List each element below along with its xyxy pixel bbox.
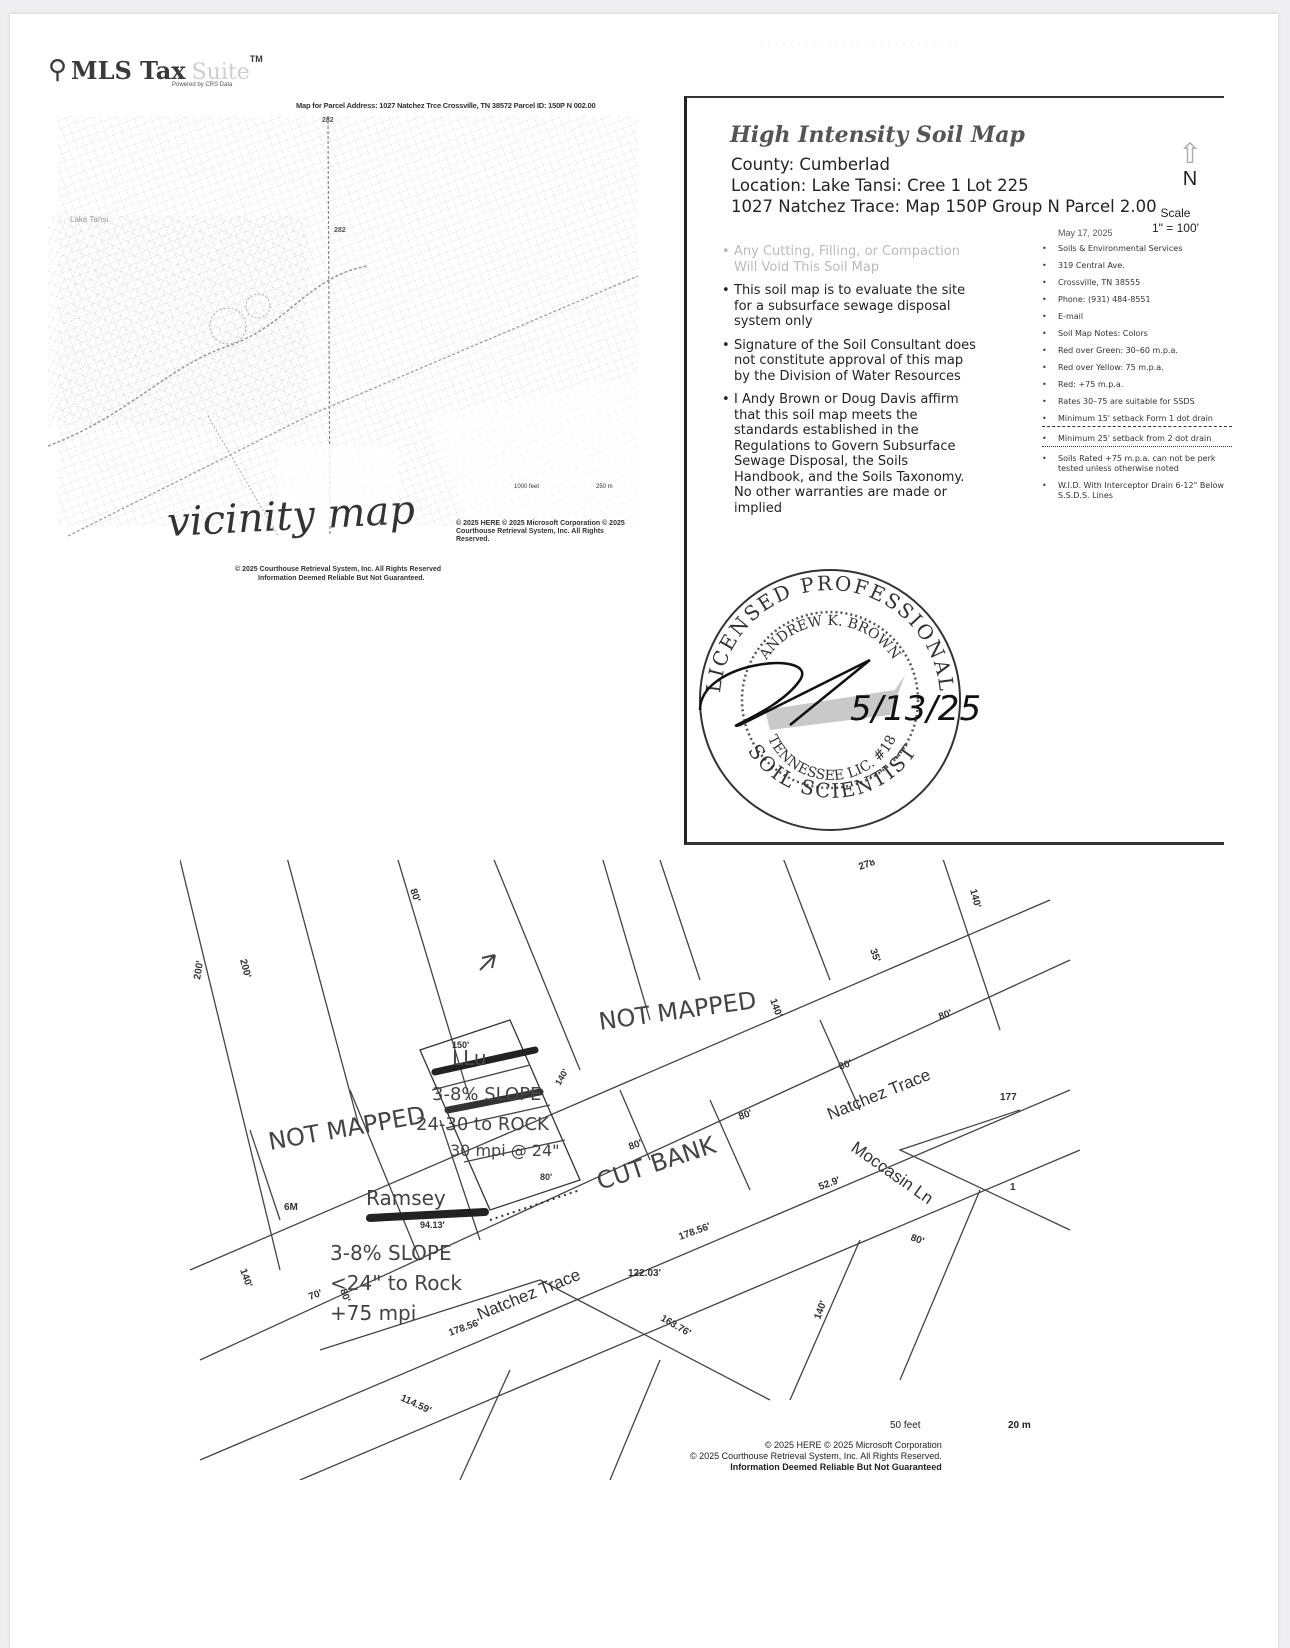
- handwritten-mpi-bottom: +75 mpi: [330, 1301, 416, 1325]
- plat-scale-meters: 20 m: [1008, 1420, 1031, 1431]
- handwritten-cut-bank: CUT BANK: [593, 1131, 720, 1196]
- note-item: This soil map is to evaluate the site fo…: [722, 283, 977, 330]
- svg-text:282: 282: [322, 117, 334, 124]
- svg-text:80': 80': [540, 1172, 552, 1182]
- lake-label: Lake Tansi: [70, 215, 108, 224]
- svg-text:35': 35': [867, 947, 882, 963]
- arrow-mark: [480, 955, 495, 970]
- svg-text:122.03': 122.03': [628, 1268, 661, 1279]
- handwritten-not-mapped-left: NOT MAPPED: [266, 1101, 427, 1156]
- handwritten-soil-top: LLu: [452, 1046, 487, 1070]
- svg-text:140': 140': [237, 1267, 254, 1289]
- svg-text:ANDREW K. BROWN: ANDREW K. BROWN: [756, 613, 903, 663]
- location-line: Location: Lake Tansi: Cree 1 Lot 225: [731, 176, 1029, 195]
- svg-text:282: 282: [334, 227, 346, 234]
- handwritten-mpi-top: 30 mpi @ 24": [450, 1141, 560, 1160]
- vicinity-map: Lake Tansi 282 282 1000 feet 250 m vicin…: [48, 116, 648, 556]
- note-item: I Andy Brown or Doug Davis affirm that t…: [722, 392, 977, 516]
- svg-text:200': 200': [237, 958, 253, 979]
- svg-text:140': 140': [812, 1299, 829, 1321]
- handwritten-not-mapped-right: NOT MAPPED: [597, 986, 758, 1036]
- logo-powered-by: Powered by CRS Data: [172, 82, 232, 88]
- signature-date: 5/13/25: [850, 689, 980, 729]
- svg-text:250 m: 250 m: [596, 484, 613, 490]
- contact-and-legend-list: Soils & Environmental Services 319 Centr…: [1042, 244, 1232, 508]
- svg-text:200': 200': [192, 960, 206, 981]
- faint-header-text: · · · · · · · · · · · · · · · · · · · · …: [760, 38, 959, 48]
- north-arrow-icon: ⇧: [1170, 140, 1210, 168]
- lot-code: 6M: [284, 1202, 298, 1213]
- soil-map-notes: Any Cutting, Filling, or Compaction Will…: [722, 244, 977, 524]
- svg-text:278: 278: [857, 860, 877, 873]
- svg-text:178.56': 178.56': [447, 1317, 482, 1339]
- svg-text:1: 1: [1010, 1182, 1016, 1193]
- svg-text:80': 80': [937, 1008, 953, 1023]
- vicinity-footer-1: © 2025 Courthouse Retrieval System, Inc.…: [235, 566, 441, 574]
- svg-text:1000 feet: 1000 feet: [514, 484, 539, 490]
- svg-text:80': 80': [737, 1108, 753, 1123]
- svg-text:LICENSED PROFESSIONAL: LICENSED PROFESSIONAL: [701, 571, 959, 694]
- note-item: Signature of the Soil Consultant does no…: [722, 338, 977, 385]
- handwritten-rock-top: 24-30 to ROCK: [416, 1114, 550, 1135]
- parcel-caption: Map for Parcel Address: 1027 Natchez Trc…: [296, 101, 595, 110]
- svg-text:178.56': 178.56': [677, 1221, 712, 1243]
- map-date: May 17, 2025: [1058, 228, 1113, 238]
- street-label-moccasin-ln: Moccasin Ln: [848, 1138, 937, 1208]
- lot-plat-map: 200' 80' 140' 200' 278 35' 140' 140' 80'…: [180, 860, 1080, 1480]
- handwritten-rock-bottom: <24" to Rock: [330, 1271, 462, 1295]
- svg-text:140': 140': [767, 997, 784, 1019]
- scale-indicator: Scale 1" = 100': [1152, 206, 1199, 236]
- svg-text:70': 70': [307, 1288, 323, 1303]
- svg-text:94.13': 94.13': [420, 1220, 445, 1230]
- address-line: 1027 Natchez Trace: Map 150P Group N Par…: [731, 197, 1157, 216]
- north-indicator: ⇧ N: [1170, 140, 1210, 191]
- key-icon: ⚲: [48, 54, 67, 85]
- mls-tax-logo: ⚲ MLS Tax Suite TM: [48, 54, 263, 85]
- svg-text:140': 140': [553, 1067, 570, 1087]
- svg-text:80': 80': [909, 1232, 925, 1247]
- county-line: County: Cumberlad: [731, 155, 890, 174]
- svg-text:140': 140': [967, 888, 983, 909]
- street-label-natchez-trace: Natchez Trace: [824, 1065, 933, 1124]
- note-item: Any Cutting, Filling, or Compaction Will…: [722, 244, 977, 275]
- svg-text:114.59': 114.59': [399, 1393, 433, 1417]
- vicinity-map-credits: © 2025 HERE © 2025 Microsoft Corporation…: [456, 520, 636, 544]
- plat-scale-feet: 50 feet: [890, 1420, 921, 1431]
- vicinity-footer-2: Information Deemed Reliable But Not Guar…: [258, 575, 424, 583]
- soil-map-title: High Intensity Soil Map: [730, 122, 1025, 148]
- plat-credits: © 2025 HERE © 2025 Microsoft Corporation…: [690, 1440, 942, 1473]
- svg-text:177: 177: [1000, 1092, 1017, 1103]
- svg-text:80': 80': [407, 887, 422, 903]
- handwritten-slope-bottom: 3-8% SLOPE: [330, 1241, 452, 1265]
- soil-scientist-seal: LICENSED PROFESSIONAL SOIL SCIENTIST AND…: [680, 550, 980, 840]
- handwritten-soil-bottom: Ramsey: [366, 1186, 446, 1210]
- svg-text:52.9': 52.9': [817, 1175, 841, 1193]
- handwritten-slope-top: 3-8% SLOPE: [432, 1084, 541, 1105]
